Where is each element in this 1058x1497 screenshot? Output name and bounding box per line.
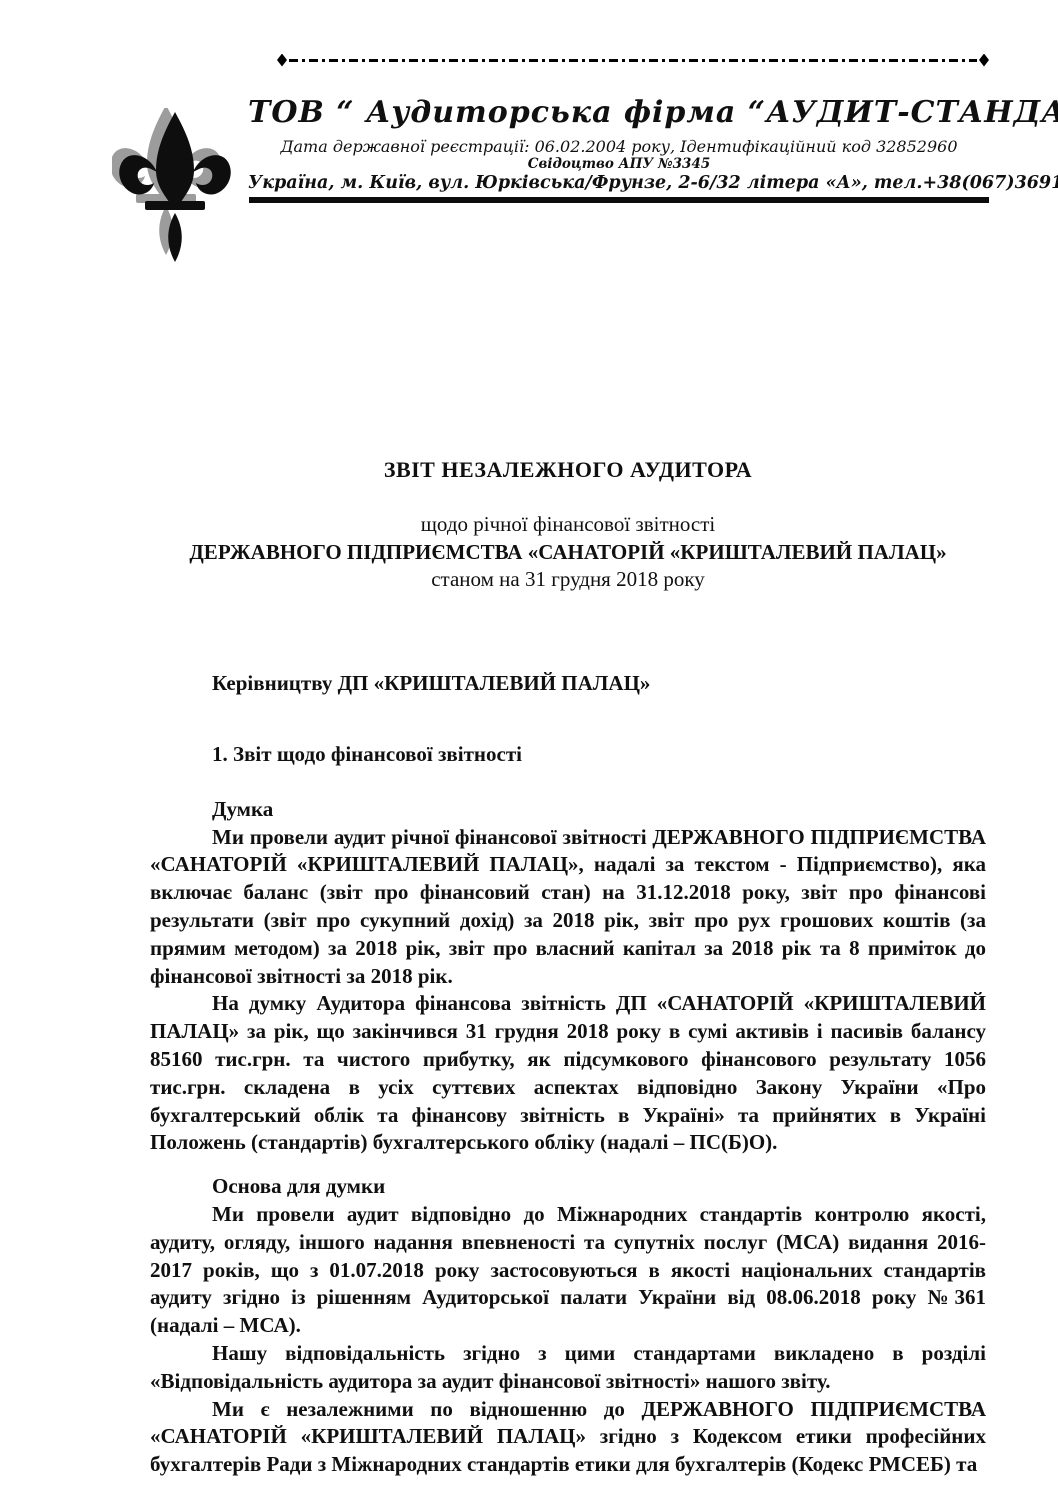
report-subtitle-date: станом на 31 грудня 2018 року bbox=[150, 566, 986, 594]
basis-paragraph-3: Ми є незалежними по відношенню до ДЕРЖАВ… bbox=[150, 1396, 986, 1479]
basis-paragraph-1: Ми провели аудит відповідно до Міжнародн… bbox=[150, 1201, 986, 1340]
section-heading: 1. Звіт щодо фінансової звітності bbox=[150, 741, 986, 769]
document-page: ТОВ “ Аудиторська фірма “АУДИТ-СТАНДАРТ”… bbox=[0, 0, 1058, 1497]
basis-heading: Основа для думки bbox=[150, 1173, 986, 1201]
basis-paragraph-2: Нашу відповідальність згідно з цими стан… bbox=[150, 1340, 986, 1396]
report-subtitle-entity: ДЕРЖАВНОГО ПІДПРИЄМСТВА «САНАТОРІЙ «КРИШ… bbox=[150, 539, 986, 567]
addressee-line: Керівництву ДП «КРИШТАЛЕВИЙ ПАЛАЦ» bbox=[150, 670, 986, 698]
document-body: ЗВІТ НЕЗАЛЕЖНОГО АУДИТОРА щодо річної фі… bbox=[150, 0, 986, 1479]
report-title: ЗВІТ НЕЗАЛЕЖНОГО АУДИТОРА bbox=[150, 456, 986, 484]
report-subtitle-scope: щодо річної фінансової звітності bbox=[150, 511, 986, 539]
opinion-paragraph-1: Ми провели аудит річної фінансової звітн… bbox=[150, 824, 986, 991]
title-block: ЗВІТ НЕЗАЛЕЖНОГО АУДИТОРА щодо річної фі… bbox=[150, 456, 986, 594]
opinion-paragraph-2: На думку Аудитора фінансова звітність ДП… bbox=[150, 990, 986, 1157]
opinion-heading: Думка bbox=[150, 796, 986, 824]
